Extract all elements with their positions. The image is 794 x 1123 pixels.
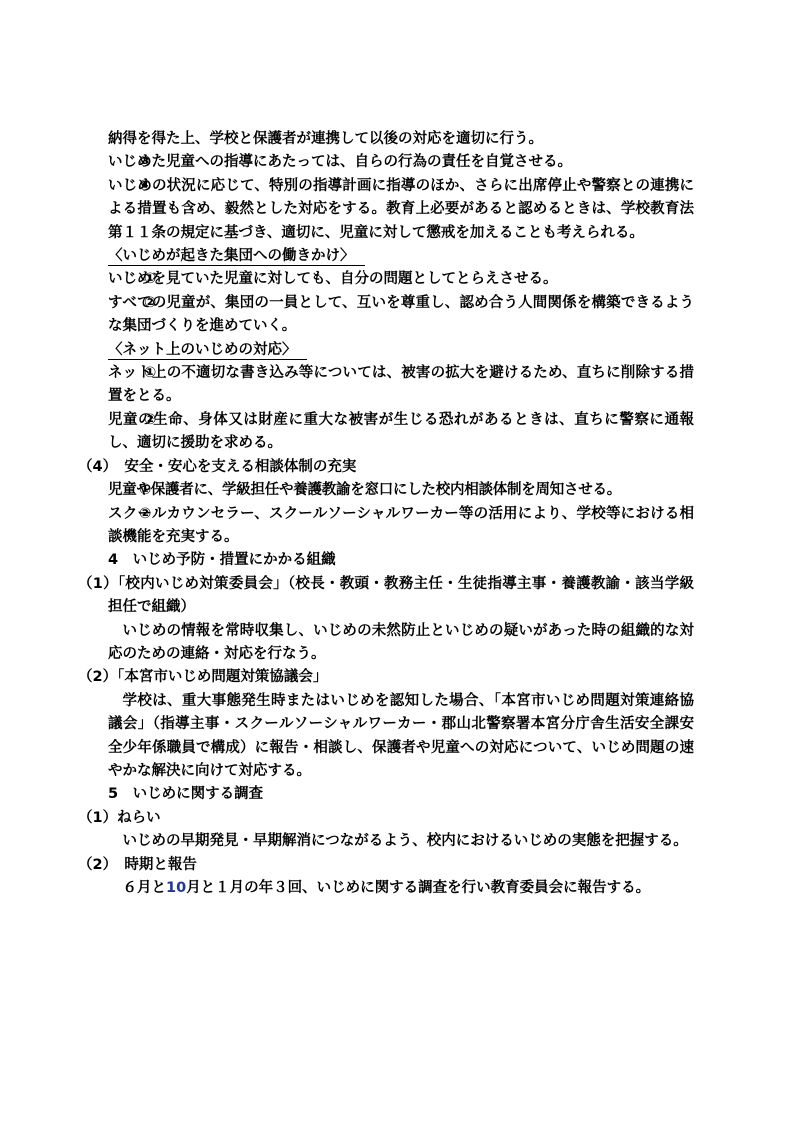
highlighted-month-number: 10 — [166, 880, 186, 896]
schedule-text-segment: 月と１月の年３回、いじめに関する調査を行い教育委員会に報告する。 — [186, 880, 650, 896]
subheading-net-bullying: 〈ネット上のいじめの対応〉 — [108, 339, 694, 362]
subsection-heading-4-consultation-system: （4） 安全・安心を支える相談体制の充実 — [108, 456, 694, 479]
list-item-circled-2: ② 児童の生命、身体又は財産に重大な被害が生じる恐れがあるときは、直ちに警察に通… — [108, 409, 694, 456]
schedule-text-segment: ６月と — [123, 880, 167, 896]
paragraph-survey-aim: いじめの早期発見・早期解消につながるよう、校内におけるいじめの実態を把握する。 — [108, 830, 694, 853]
subsection-heading-1-aim: （1）ねらい — [108, 807, 694, 830]
section-heading-5-survey: 5 いじめに関する調査 — [108, 783, 694, 806]
circled-number-2-icon: ② — [144, 292, 156, 315]
list-item-text: いじめた児童への指導にあたっては、自らの行為の責任を自覚させる。 — [108, 154, 572, 170]
list-item-text: 児童の生命、身体又は財産に重大な被害が生じる恐れがあるときは、直ちに警察に通報し… — [108, 412, 694, 451]
circled-number-3-icon: ③ — [139, 151, 151, 174]
subsection-heading-1-school-committee: （1）「校内いじめ対策委員会」（校長・教頭・教務主任・生徒指導主事・養護教諭・該… — [108, 573, 694, 620]
subsection-heading-2-city-council: （2）「本宮市いじめ問題対策協議会」 — [108, 666, 694, 689]
subheading-group-response: 〈いじめが起きた集団への働きかけ〉 — [108, 245, 694, 268]
section-heading-4-organization: 4 いじめ予防・措置にかかる組織 — [108, 549, 694, 572]
list-item-text: スクールカウンセラー、スクールソーシャルワーカー等の活用により、学校等における相… — [108, 506, 694, 545]
circled-number-1-icon: ① — [144, 362, 156, 385]
list-item-circled-1: ① 児童や保護者に、学級担任や養護教諭を窓口にした校内相談体制を周知させる。 — [108, 479, 694, 502]
list-item-text: いじめの状況に応じて、特別の指導計画に指導のほか、さらに出席停止や警察との連携に… — [108, 178, 694, 241]
circled-number-1-icon: ① — [144, 268, 156, 291]
subsection-heading-2-timing-report: （2） 時期と報告 — [108, 854, 694, 877]
paragraph-committee-role: いじめの情報を常時収集し、いじめの未然防止といじめの疑いがあった時の組織的な対応… — [108, 620, 694, 667]
list-item-text: すべての児童が、集団の一員として、互いを尊重し、認め合う人間関係を構築できるよう… — [108, 295, 694, 334]
paragraph-survey-schedule: ６月と10月と１月の年３回、いじめに関する調査を行い教育委員会に報告する。 — [108, 877, 694, 900]
circled-number-1-icon: ① — [139, 479, 151, 502]
list-item-circled-3: ③ いじめた児童への指導にあたっては、自らの行為の責任を自覚させる。 — [108, 151, 694, 174]
paragraph-city-council-role: 学校は、重大事態発生時またはいじめを認知した場合、「本宮市いじめ問題対策連絡協議… — [108, 690, 694, 784]
list-item-circled-4: ④ いじめの状況に応じて、特別の指導計画に指導のほか、さらに出席停止や警察との連… — [108, 175, 694, 245]
list-item-text: ネット上の不適切な書き込み等については、被害の拡大を避けるため、直ちに削除する措… — [108, 365, 694, 404]
circled-number-4-icon: ④ — [139, 175, 151, 198]
list-item-text: いじめを見ていた児童に対しても、自分の問題としてとらえさせる。 — [108, 271, 558, 287]
list-item-circled-2: ② すべての児童が、集団の一員として、互いを尊重し、認め合う人間関係を構築できる… — [108, 292, 694, 339]
subheading-text: 〈いじめが起きた集団への働きかけ〉 — [108, 248, 365, 266]
subheading-text: 〈ネット上のいじめの対応〉 — [108, 342, 307, 360]
paragraph-continuation: 納得を得た上、学校と保護者が連携して以後の対応を適切に行う。 — [108, 128, 694, 151]
document-page: 納得を得た上、学校と保護者が連携して以後の対応を適切に行う。 ③ いじめた児童へ… — [0, 0, 794, 1123]
list-item-circled-1: ① いじめを見ていた児童に対しても、自分の問題としてとらえさせる。 — [108, 268, 694, 291]
list-item-text: 児童や保護者に、学級担任や養護教諭を窓口にした校内相談体制を周知させる。 — [108, 482, 621, 498]
list-item-circled-1: ① ネット上の不適切な書き込み等については、被害の拡大を避けるため、直ちに削除す… — [108, 362, 694, 409]
list-item-circled-2: ② スクールカウンセラー、スクールソーシャルワーカー等の活用により、学校等におけ… — [108, 503, 694, 550]
circled-number-2-icon: ② — [144, 409, 156, 432]
circled-number-2-icon: ② — [139, 503, 151, 526]
